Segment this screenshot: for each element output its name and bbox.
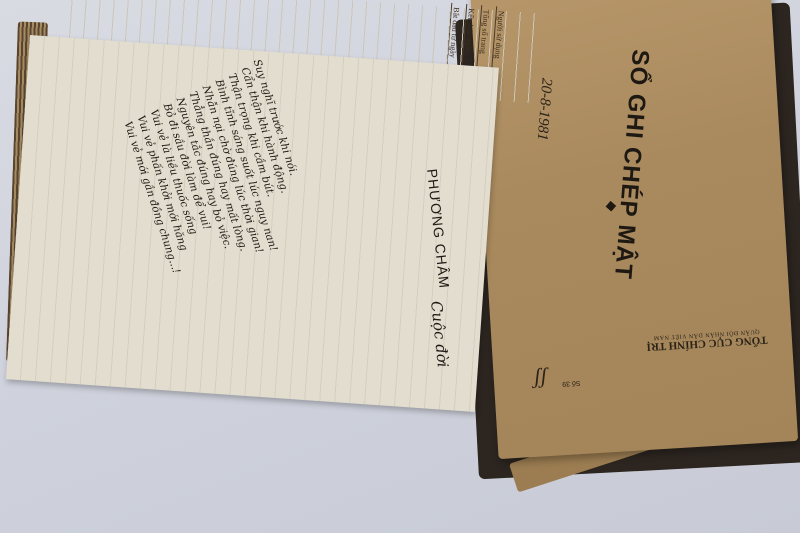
start-date: 20-8-1981 bbox=[533, 77, 555, 141]
signature-mark: ʃʃ bbox=[533, 366, 547, 393]
booklet-title: SỔ GHI CHÉP MẬT bbox=[607, 34, 655, 295]
stamp-number: Số 39 bbox=[562, 379, 581, 387]
photo-scene: Người sử dụng Tổng số trang Kết thúc ngà… bbox=[0, 0, 800, 533]
handwritten-text: Suy nghĩ trước khi nói. Cẩn thận khi hàn… bbox=[100, 60, 370, 350]
bullet-icon: ◆ bbox=[605, 196, 617, 214]
publisher-block: TỔNG CỤC CHÍNH TRỊ QUÂN ĐỘI NHÂN DÂN VIỆ… bbox=[626, 326, 787, 354]
